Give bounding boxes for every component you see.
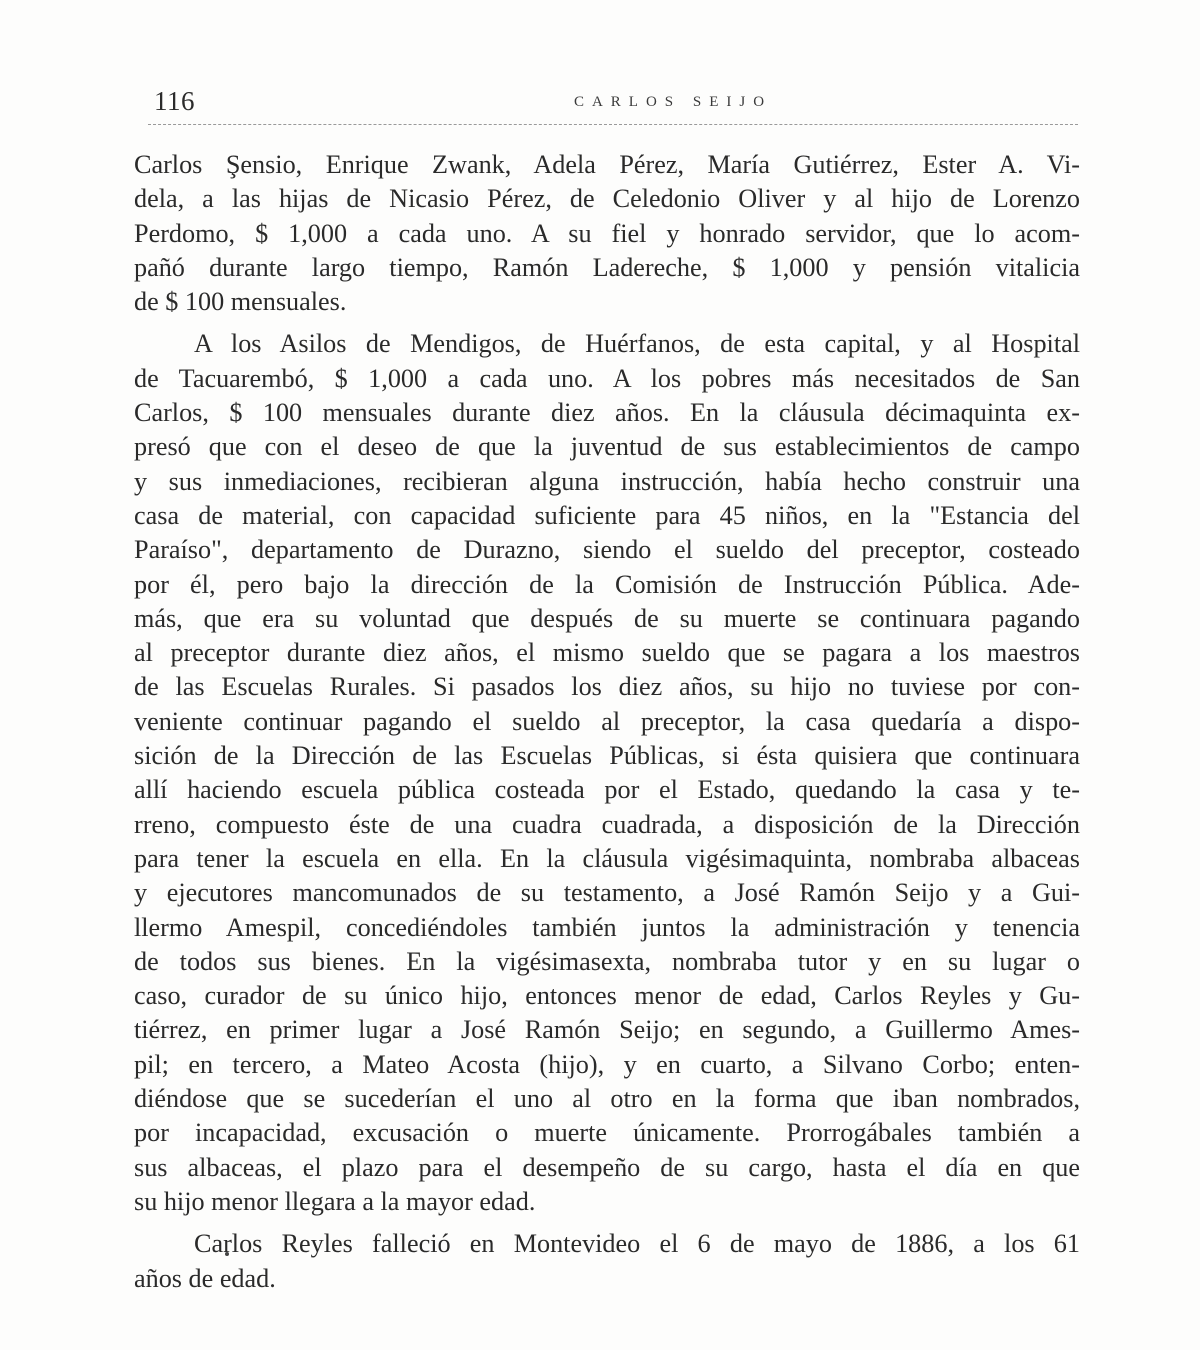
document-page: 116 CARLOS SEIJO Carlos Şensio, Enrique …	[0, 0, 1200, 1350]
text-line: de las Escuelas Rurales. Si pasados los …	[134, 670, 1080, 704]
text-line: Carlos Reyles falleció en Montevideo el …	[134, 1227, 1080, 1261]
text-line: Perdomo, $ 1,000 a cada uno. A su fiel y…	[134, 217, 1080, 251]
text-line: veniente continuar pagando el sueldo al …	[134, 705, 1080, 739]
text-line: y ejecutores mancomunados de su testamen…	[134, 876, 1080, 910]
text-line: al preceptor durante diez años, el mismo…	[134, 636, 1080, 670]
text-line: por incapacidad, excusación o muerte úni…	[134, 1116, 1080, 1150]
text-line: sición de la Dirección de las Escuelas P…	[134, 739, 1080, 773]
text-line: sus albaceas, el plazo para el desempeño…	[134, 1151, 1080, 1185]
text-line: llermo Amespil, concediéndoles también j…	[134, 911, 1080, 945]
running-head: 116 CARLOS SEIJO	[148, 86, 1078, 122]
text-line: tiérrez, en primer lugar a José Ramón Se…	[134, 1013, 1080, 1047]
running-title: CARLOS SEIJO	[148, 94, 1078, 111]
paragraph-death: Carlos Reyles falleció en Montevideo el …	[134, 1227, 1080, 1296]
text-line: diéndose que se sucederían el uno al otr…	[134, 1082, 1080, 1116]
text-line: rreno, compuesto éste de una cuadra cuad…	[134, 808, 1080, 842]
header-rule	[148, 124, 1078, 125]
text-line: presó que con el deseo de que la juventu…	[134, 430, 1080, 464]
text-line: de Tacuarembó, $ 1,000 a cada uno. A los…	[134, 362, 1080, 396]
paragraph-bequests: Carlos Şensio, Enrique Zwank, Adela Pére…	[134, 148, 1080, 319]
text-line: allí haciendo escuela pública costeada p…	[134, 773, 1080, 807]
text-line: por él, pero bajo la dirección de la Com…	[134, 568, 1080, 602]
text-line: Carlos Şensio, Enrique Zwank, Adela Pére…	[134, 148, 1080, 182]
text-line: Carlos, $ 100 mensuales durante diez año…	[134, 396, 1080, 430]
text-line: casa de material, con capacidad suficien…	[134, 499, 1080, 533]
text-line: pil; en tercero, a Mateo Acosta (hijo), …	[134, 1048, 1080, 1082]
text-line: para tener la escuela en ella. En la clá…	[134, 842, 1080, 876]
text-line: más, que era su voluntad que después de …	[134, 602, 1080, 636]
text-line: A los Asilos de Mendigos, de Huérfanos, …	[134, 327, 1080, 361]
ink-speck	[225, 1252, 229, 1256]
text-line: y sus inmediaciones, recibieran alguna i…	[134, 465, 1080, 499]
text-line: Paraíso", departamento de Durazno, siend…	[134, 533, 1080, 567]
body-text: Carlos Şensio, Enrique Zwank, Adela Pére…	[134, 148, 1080, 1296]
paragraph-asylums-and-will: A los Asilos de Mendigos, de Huérfanos, …	[134, 327, 1080, 1219]
text-line: su hijo menor llegara a la mayor edad.	[134, 1185, 1080, 1219]
text-line: dela, a las hijas de Nicasio Pérez, de C…	[134, 182, 1080, 216]
text-line: de $ 100 mensuales.	[134, 285, 1080, 319]
text-line: pañó durante largo tiempo, Ramón Laderec…	[134, 251, 1080, 285]
text-line: de todos sus bienes. En la vigésimasexta…	[134, 945, 1080, 979]
text-line: años de edad.	[134, 1262, 1080, 1296]
text-line: caso, curador de su único hijo, entonces…	[134, 979, 1080, 1013]
